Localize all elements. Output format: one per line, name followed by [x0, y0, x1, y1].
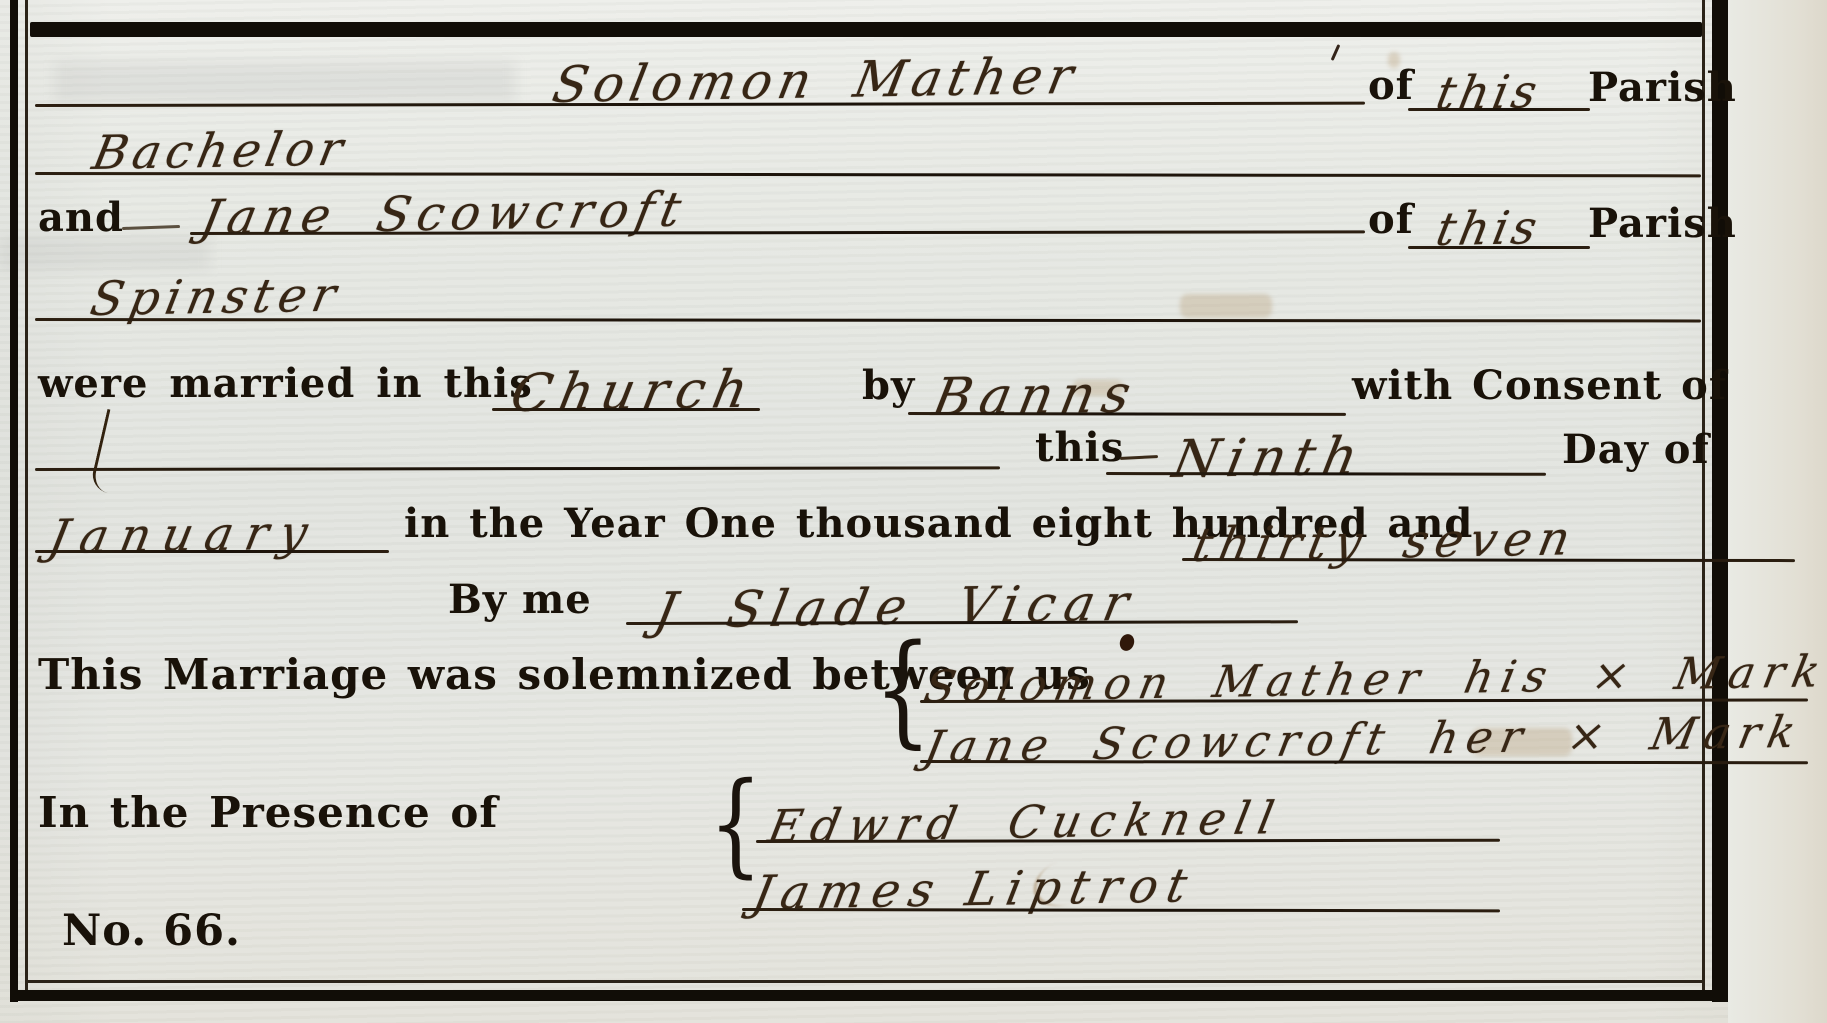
printed-label-parish-bride: Parish	[1588, 200, 1737, 247]
form-rule-bride-name	[190, 230, 1365, 235]
marriage-register-scan: Solomon Mather of this Parish Bachelor a…	[0, 0, 1827, 1023]
witness-signature-1: Edwrd Cucknell	[764, 791, 1287, 853]
paper-shading	[55, 62, 515, 102]
groom-parish-entry: this	[1432, 64, 1545, 120]
stray-pen-stroke	[89, 409, 126, 493]
printed-label-parish-groom: Parish	[1588, 64, 1737, 111]
year-entry: thirty seven	[1188, 511, 1582, 573]
printed-label-this: this	[1035, 424, 1124, 471]
pen-dash	[122, 225, 180, 230]
groom-name-entry: Solomon Mather	[548, 47, 1084, 114]
married-by-entry: Banns	[928, 364, 1143, 428]
printed-label-presence: In the Presence of	[38, 788, 498, 837]
married-place-entry: Church	[506, 360, 761, 424]
form-rule-month	[35, 550, 389, 553]
printed-label-with-consent-of: with Consent of	[1352, 362, 1727, 409]
stray-pen-tick	[1331, 44, 1341, 61]
form-rule-groom-parish	[1408, 108, 1590, 111]
form-rule-witness-1	[756, 839, 1500, 843]
form-rule-consent	[35, 466, 1000, 471]
frame-border-left-inner	[25, 0, 28, 996]
frame-border-left-outer	[10, 0, 18, 1002]
frame-border-right-outer	[1712, 0, 1728, 1002]
printed-label-by-me: By me	[448, 576, 592, 623]
printed-label-of-groom: of	[1368, 62, 1414, 109]
record-number: No. 66.	[62, 906, 241, 956]
printed-label-and: and	[38, 194, 124, 241]
pen-dash	[1120, 455, 1158, 460]
ink-blot	[1118, 632, 1137, 653]
top-rule-bar	[30, 22, 1702, 37]
bleed-through-smudge	[1180, 294, 1272, 318]
printed-label-of-bride: of	[1368, 196, 1414, 243]
brace-witnesses: {	[709, 768, 762, 880]
frame-border-right-inner	[1702, 0, 1705, 996]
brace-parties: {	[874, 628, 932, 750]
day-entry: Ninth	[1168, 427, 1370, 490]
form-rule-married-place	[492, 408, 760, 411]
frame-border-bottom-inner	[28, 980, 1705, 983]
form-rule-bride-parish	[1408, 246, 1590, 249]
printed-label-by: by	[862, 362, 915, 409]
page-right-margin	[1728, 0, 1827, 1023]
bride-name-entry: Jane Scowcroft	[196, 182, 693, 246]
printed-label-day-of: Day of	[1562, 426, 1710, 473]
month-entry: January	[44, 505, 324, 565]
printed-label-married-in-this: were married in this	[38, 360, 533, 407]
paper-shading	[0, 236, 210, 270]
frame-border-bottom-outer	[10, 990, 1728, 1001]
